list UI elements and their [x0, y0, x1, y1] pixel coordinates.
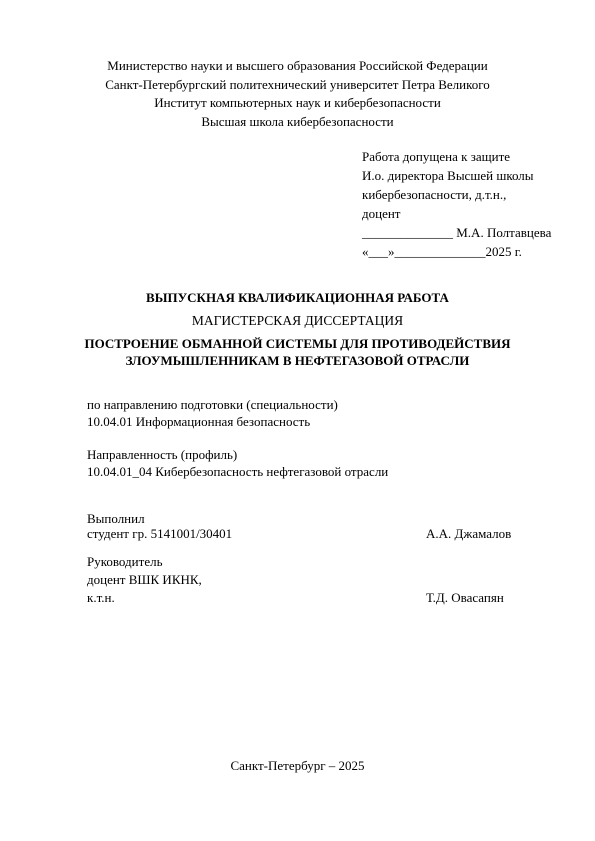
university-line: Санкт-Петербургский политехнический унив… [0, 76, 595, 95]
degree-heading: МАГИСТЕРСКАЯ ДИССЕРТАЦИЯ [0, 312, 595, 330]
school-line: Высшая школа кибербезопасности [0, 113, 595, 132]
city-year: Санкт-Петербург – 2025 [0, 757, 595, 776]
approval-line: доцент [362, 204, 587, 223]
direction-value: 10.04.01 Информационная безопасность [87, 413, 338, 430]
title-page: Министерство науки и высшего образования… [0, 0, 595, 841]
profile-block: Направленность (профиль) 10.04.01_04 Киб… [87, 446, 388, 480]
institution-header: Министерство науки и высшего образования… [0, 57, 595, 131]
supervisor-position-row: доцент ВШК ИКНК, [87, 571, 527, 590]
author-label: Выполнил [87, 511, 145, 526]
supervisor-degree: к.т.н. [87, 590, 115, 605]
supervisor-row: к.т.н. Т.Д. Овасапян [87, 589, 527, 608]
work-type-heading: ВЫПУСКНАЯ КВАЛИФИКАЦИОННАЯ РАБОТА [0, 289, 595, 307]
supervisor-name: Т.Д. Овасапян [426, 589, 504, 608]
approval-block: Работа допущена к защите И.о. директора … [362, 147, 587, 261]
thesis-title-line: ПОСТРОЕНИЕ ОБМАННОЙ СИСТЕМЫ ДЛЯ ПРОТИВОД… [0, 335, 595, 352]
thesis-title: ПОСТРОЕНИЕ ОБМАННОЙ СИСТЕМЫ ДЛЯ ПРОТИВОД… [0, 335, 595, 369]
supervisor-label: Руководитель [87, 554, 163, 569]
profile-value: 10.04.01_04 Кибербезопасность нефтегазов… [87, 463, 388, 480]
direction-block: по направлению подготовки (специальности… [87, 396, 338, 430]
approval-line: Работа допущена к защите [362, 147, 587, 166]
approval-signature-line: ______________ М.А. Полтавцева [362, 223, 587, 242]
author-group: студент гр. 5141001/30401 [87, 526, 232, 541]
thesis-title-line: ЗЛОУМЫШЛЕННИКАМ В НЕФТЕГАЗОВОЙ ОТРАСЛИ [0, 352, 595, 369]
approval-line: кибербезопасности, д.т.н., [362, 185, 587, 204]
profile-label: Направленность (профиль) [87, 446, 388, 463]
approval-date-line: «___»______________2025 г. [362, 242, 587, 261]
approval-line: И.о. директора Высшей школы [362, 166, 587, 185]
supervisor-label-row: Руководитель [87, 553, 527, 572]
author-row: студент гр. 5141001/30401 А.А. Джамалов [87, 525, 527, 544]
direction-label: по направлению подготовки (специальности… [87, 396, 338, 413]
author-name: А.А. Джамалов [426, 525, 511, 544]
ministry-line: Министерство науки и высшего образования… [0, 57, 595, 76]
institute-line: Институт компьютерных наук и кибербезопа… [0, 94, 595, 113]
supervisor-position: доцент ВШК ИКНК, [87, 572, 202, 587]
title-block: ВЫПУСКНАЯ КВАЛИФИКАЦИОННАЯ РАБОТА МАГИСТ… [0, 289, 595, 369]
